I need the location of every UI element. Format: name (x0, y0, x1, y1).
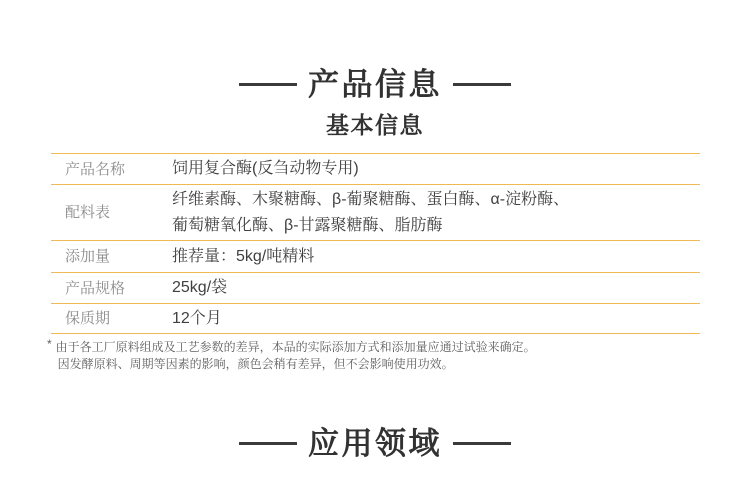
row-label: 配料表 (51, 205, 172, 220)
basic-info-subtitle: 基本信息 (0, 114, 750, 137)
heading-dash-left (239, 442, 297, 445)
row-value: 饲用复合酶(反刍动物专用) (172, 156, 700, 182)
footnote-text: 由于各工厂原料组成及工艺参数的差异，本品的实际添加方式和添加量应通过试验来确定。… (56, 339, 536, 373)
table-row-product-name: 产品名称 饲用复合酶(反刍动物专用) (51, 153, 700, 184)
table-row-shelf-life: 保质期 12个月 (51, 303, 700, 334)
row-label: 保质期 (51, 311, 172, 326)
row-value: 12个月 (172, 306, 700, 332)
heading-dash-right (453, 442, 511, 445)
footnote-line-2: 因发酵原料、周期等因素的影响，颜色会稍有差异，但不会影响使用功效。 (56, 357, 454, 371)
footnote-line-1: 由于各工厂原料组成及工艺参数的差异，本品的实际添加方式和添加量应通过试验来确定。 (56, 340, 536, 354)
row-value: 推荐量：5kg/吨精料 (172, 244, 700, 270)
footnote-asterisk: * (47, 336, 52, 370)
row-label: 产品规格 (51, 281, 172, 296)
row-label: 产品名称 (51, 162, 172, 177)
product-spec-table: 产品名称 饲用复合酶(反刍动物专用) 配料表 纤维素酶、木聚糖酶、β-葡聚糖酶、… (51, 153, 700, 334)
application-section-title: 应用领域 (0, 428, 750, 459)
row-value: 纤维素酶、木聚糖酶、β-葡聚糖酶、蛋白酶、α-淀粉酶、 葡萄糖氧化酶、β-甘露聚… (172, 187, 700, 239)
heading-dash-right (453, 83, 511, 86)
product-info-section-title: 产品信息 (0, 69, 750, 100)
row-value: 25kg/袋 (172, 275, 700, 301)
footnote: * 由于各工厂原料组成及工艺参数的差异，本品的实际添加方式和添加量应通过试验来确… (47, 339, 687, 373)
application-title-text: 应用领域 (308, 428, 442, 459)
table-row-dosage: 添加量 推荐量：5kg/吨精料 (51, 240, 700, 272)
heading-dash-left (239, 83, 297, 86)
table-row-ingredients: 配料表 纤维素酶、木聚糖酶、β-葡聚糖酶、蛋白酶、α-淀粉酶、 葡萄糖氧化酶、β… (51, 184, 700, 240)
row-label: 添加量 (51, 249, 172, 264)
table-row-spec: 产品规格 25kg/袋 (51, 272, 700, 303)
product-info-title: 产品信息 (308, 69, 442, 100)
